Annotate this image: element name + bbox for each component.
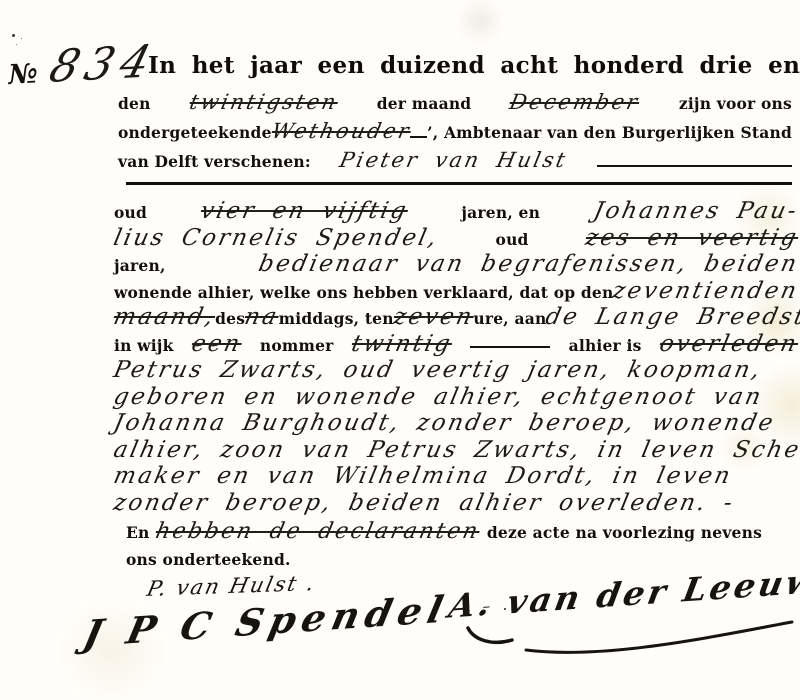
document-number: № 834 (7, 36, 158, 95)
handwritten-text: na (242, 304, 281, 330)
document-line: alhier, zoon van Petrus Zwarts, in leven… (114, 437, 798, 464)
document-line: wonende alhier, welke ons hebben verklaa… (114, 278, 798, 305)
inked-dash (470, 346, 550, 348)
handwritten-text: alhier, zoon van Petrus Zwarts, in leven… (111, 437, 800, 463)
printed-text: wonende alhier, welke ons hebben verklaa… (114, 283, 613, 302)
numero-symbol: № (8, 58, 39, 90)
printed-text: jaren, (114, 256, 166, 275)
document-number-value: 834 (44, 36, 163, 93)
handwritten-text: Wethouder (269, 119, 413, 143)
signature-underline-flourish (466, 616, 796, 664)
header-fill-lines: dentwintigstender maandDecemberzijn voor… (118, 90, 792, 177)
handwritten-text: zeventienden dezer (611, 278, 800, 304)
handwritten-text: een (189, 331, 244, 357)
section-divider-rule (126, 182, 792, 185)
printed-text: nommer (260, 336, 334, 355)
signature-declarant-2-text: J P C Spendel (80, 587, 454, 656)
body-lines: oudvier en vijftigjaren, enJohannes Pau-… (114, 198, 798, 516)
printed-text: oud (114, 203, 147, 222)
document-line: van Delft verschenen:Pieter van Hulst (118, 148, 792, 177)
printed-text: alhier is (569, 336, 642, 355)
printed-text: ure, aan (473, 309, 546, 328)
inked-dash (597, 165, 792, 167)
handwritten-text: Johannes Pau- (591, 198, 800, 224)
document-line: in wijkeennommertwintigalhier isoverlede… (114, 331, 798, 358)
handwritten-text: geboren en wonende alhier, echtgenoot va… (111, 384, 765, 410)
document-line: dentwintigstender maandDecemberzijn voor… (118, 90, 792, 119)
handwritten-text: maker en van Wilhelmina Dordt, in leven (111, 463, 734, 489)
printed-text: van Delft verschenen: (118, 152, 311, 171)
printed-text: ’, Ambtenaar van den Burgerlijken Stand (427, 123, 792, 142)
handwritten-text: overleden (657, 331, 800, 357)
document-line: oudvier en vijftigjaren, enJohannes Pau- (114, 198, 798, 225)
printed-text: des (215, 309, 245, 328)
handwritten-text: Petrus Zwarts, oud veertig jaren, koopma… (111, 357, 764, 383)
printed-text: in wijk (114, 336, 174, 355)
year-headline: In het jaar een duizend acht honderd dri… (148, 52, 793, 79)
handwritten-text: December (508, 90, 642, 114)
printed-text: oud (496, 230, 529, 249)
printed-text: En (126, 523, 149, 542)
printed-text: der maand (377, 94, 472, 113)
handwritten-text: vier en vijftig (198, 198, 410, 224)
printed-text: ons onderteekend. (126, 550, 291, 569)
handwritten-text: de Lange Breedsteeg (544, 304, 800, 330)
printed-text: middags, ten (279, 309, 394, 328)
handwritten-text: hebben de declaranten (154, 519, 483, 544)
handwritten-text: Johanna Burghoudt, zonder beroep, wonend… (111, 410, 777, 436)
document-line: jaren,bedienaar van begrafenissen, beide… (114, 251, 798, 278)
document-line: maand,desnamiddags, tenzevenure, aande L… (114, 304, 798, 331)
printed-text: den (118, 94, 151, 113)
document-line: zonder beroep, beiden alhier overleden. … (114, 490, 798, 517)
document-line: lius Cornelis Spendel,oudzes en veertig (114, 225, 798, 252)
inked-dash (410, 136, 427, 138)
handwritten-text: Pieter van Hulst (338, 148, 570, 172)
document-line: Enhebben de declarantendeze acte na voor… (126, 519, 762, 550)
printed-text: zijn voor ons (679, 94, 792, 113)
handwritten-text: lius Cornelis Spendel, (111, 225, 441, 251)
printed-text: jaren, en (461, 203, 540, 222)
printed-text: deze acte na voorlezing nevens (487, 523, 762, 542)
document-line: Petrus Zwarts, oud veertig jaren, koopma… (114, 357, 798, 384)
death-certificate-page: № 834 In het jaar een duizend acht honde… (0, 0, 800, 700)
handwritten-text: zeven (391, 304, 476, 330)
document-line: Johanna Burghoudt, zonder beroep, wonend… (114, 410, 798, 437)
handwritten-text: maand, (111, 304, 218, 330)
handwritten-text: zonder beroep, beiden alhier overleden. … (111, 490, 737, 516)
ink-speck-marks (12, 34, 15, 37)
document-line: geboren en wonende alhier, echtgenoot va… (114, 384, 798, 411)
printed-text: ondergeteekende (118, 123, 272, 142)
document-line: maker en van Wilhelmina Dordt, in leven (114, 463, 798, 490)
handwritten-text: twintig (349, 331, 454, 357)
handwritten-text: twintigsten (187, 90, 340, 114)
document-line: ondergeteekendeWethouder’, Ambtenaar van… (118, 119, 792, 148)
signature-declarant-1: P. van Hulst . (145, 571, 318, 601)
handwritten-text: zes en veertig (583, 225, 800, 251)
handwritten-text: bedienaar van begrafenissen, beiden (256, 251, 800, 277)
